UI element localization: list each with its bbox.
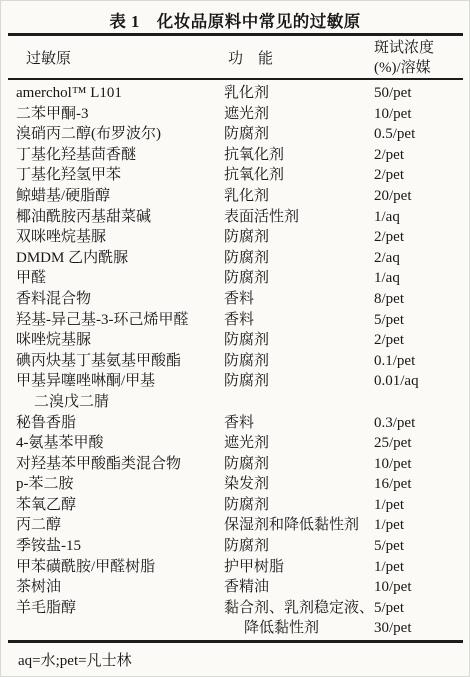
concentration-text: 10/pet [374,577,469,598]
table-row: 椰油酰胺丙基甜菜碱 表面活性剂 1/aq [1,207,469,228]
function-text: 香精油 [224,577,374,598]
cell-allergen: 茶树油 [16,577,224,598]
cell-function: 抗氧化剂 [224,165,374,186]
table-header: 过敏原 功 能 斑试浓度 (%)/溶媒 [1,37,469,78]
table-row: DMDM 乙内酰脲 防腐剂 2/aq [1,248,469,269]
cell-allergen: 双咪唑烷基脲 [16,227,224,248]
cell-function: 保湿剂和降低黏性剂 [224,515,374,536]
table-row: 羊毛脂醇 黏合剂、乳剂稳定液、 降低黏性剂 5/pet 30/pet [1,598,469,639]
function-text: 抗氧化剂 [224,145,374,166]
cell-allergen: 甲苯磺酰胺/甲醛树脂 [16,557,224,578]
cell-concentration: 8/pet [374,289,469,310]
concentration-text: 5/pet [374,310,469,331]
allergen-text: p-苯二胺 [16,474,224,495]
concentration-text: 1/pet [374,515,469,536]
cell-function: 防腐剂 [224,351,374,372]
cell-concentration: 2/pet [374,227,469,248]
concentration-text: 10/pet [374,104,469,125]
allergen-text: 香料混合物 [16,289,224,310]
cell-concentration: 2/pet [374,330,469,351]
cell-function: 防腐剂 [224,227,374,248]
header-concentration-line1: 斑试浓度 [374,38,469,58]
cell-function: 黏合剂、乳剂稳定液、 降低黏性剂 [224,598,374,639]
cell-allergen: 咪唑烷基脲 [16,330,224,351]
cell-concentration: 2/aq [374,248,469,269]
function-text: 保湿剂和降低黏性剂 [224,515,374,536]
cell-function: 乳化剂 [224,186,374,207]
concentration-text: 50/pet [374,83,469,104]
cell-concentration: 0.1/pet [374,351,469,372]
function-text: 防腐剂 [224,371,374,392]
cell-concentration: 2/pet [374,145,469,166]
allergen-text: 双咪唑烷基脲 [16,227,224,248]
concentration-text: 1/pet [374,557,469,578]
function-text: 遮光剂 [224,433,374,454]
function-text: 表面活性剂 [224,207,374,228]
cell-function: 香料 [224,413,374,434]
table-row: 秘鲁香脂 香料 0.3/pet [1,413,469,434]
table-row: 咪唑烷基脲 防腐剂 2/pet [1,330,469,351]
allergen-text: 溴硝丙二醇(布罗波尔) [16,124,224,145]
cell-concentration: 1/pet [374,557,469,578]
cell-function: 遮光剂 [224,104,374,125]
concentration-text: 5/pet [374,536,469,557]
allergen-text: 鲸蜡基/硬脂醇 [16,186,224,207]
cell-concentration: 1/aq [374,268,469,289]
table-row: 丙二醇 保湿剂和降低黏性剂 1/pet [1,515,469,536]
cell-allergen: p-苯二胺 [16,474,224,495]
header-col-allergen: 过敏原 [16,37,224,78]
cell-allergen: 甲基异噻唑啉酮/甲基 二溴戊二腈 [16,371,224,412]
header-col-concentration: 斑试浓度 (%)/溶媒 [374,37,469,78]
function-text: 香料 [224,413,374,434]
allergen-text: 季铵盐-15 [16,536,224,557]
concentration-text: 0.01/aq [374,371,469,392]
cell-allergen: 鲸蜡基/硬脂醇 [16,186,224,207]
cell-allergen: 秘鲁香脂 [16,413,224,434]
top-rule [8,33,463,36]
table-row: 丁基化羟基茴香醚 抗氧化剂 2/pet [1,145,469,166]
cell-allergen: 香料混合物 [16,289,224,310]
cell-concentration: 50/pet [374,83,469,104]
cell-concentration: 0.5/pet [374,124,469,145]
cell-function: 防腐剂 [224,454,374,475]
concentration-text: 2/aq [374,248,469,269]
concentration-text: 25/pet [374,433,469,454]
cell-concentration: 0.01/aq [374,371,469,412]
cell-allergen: 苯氧乙醇 [16,495,224,516]
cell-allergen: 甲醛 [16,268,224,289]
cell-allergen: amerchol™ L101 [16,83,224,104]
concentration-text: 2/pet [374,165,469,186]
concentration-text: 0.1/pet [374,351,469,372]
function-text: 防腐剂 [224,227,374,248]
concentration-text: 1/aq [374,207,469,228]
cell-concentration: 1/pet [374,495,469,516]
cell-allergen: 二苯甲酮-3 [16,104,224,125]
header-concentration-line2: (%)/溶媒 [374,58,469,78]
allergen-text: 羟基-异己基-3-环己烯甲醛 [16,310,224,331]
allergen-text: 椰油酰胺丙基甜菜碱 [16,207,224,228]
concentration-text: 0.5/pet [374,124,469,145]
allergen-text: DMDM 乙内酰脲 [16,248,224,269]
cell-allergen: 羟基-异己基-3-环己烯甲醛 [16,310,224,331]
cell-function: 乳化剂 [224,83,374,104]
cell-function: 防腐剂 [224,371,374,412]
concentration-text: 1/pet [374,495,469,516]
cell-concentration: 1/aq [374,207,469,228]
table-row: 对羟基苯甲酸酯类混合物 防腐剂 10/pet [1,454,469,475]
cell-concentration: 25/pet [374,433,469,454]
cell-concentration: 2/pet [374,165,469,186]
allergen-text: 羊毛脂醇 [16,598,224,619]
function-text: 乳化剂 [224,83,374,104]
cell-concentration: 5/pet [374,536,469,557]
table-row: 二苯甲酮-3 遮光剂 10/pet [1,104,469,125]
allergen-text: 丁基化羟氢甲苯 [16,165,224,186]
function-text: 防腐剂 [224,351,374,372]
cell-allergen: DMDM 乙内酰脲 [16,248,224,269]
cell-concentration: 10/pet [374,454,469,475]
header-separator-rule [8,78,463,80]
allergen-text: amerchol™ L101 [16,83,224,104]
concentration-text: 2/pet [374,227,469,248]
table-row: 鲸蜡基/硬脂醇 乳化剂 20/pet [1,186,469,207]
allergen-text: 对羟基苯甲酸酯类混合物 [16,454,224,475]
cell-function: 遮光剂 [224,433,374,454]
table-row: 甲基异噻唑啉酮/甲基 二溴戊二腈 防腐剂 0.01/aq [1,371,469,412]
table-row: 甲醛 防腐剂 1/aq [1,268,469,289]
function-text: 防腐剂 [224,454,374,475]
function-text: 染发剂 [224,474,374,495]
allergen-text: 苯氧乙醇 [16,495,224,516]
cell-function: 防腐剂 [224,495,374,516]
table-row: 双咪唑烷基脲 防腐剂 2/pet [1,227,469,248]
footnote: aq=水;pet=凡士林 [18,649,132,670]
function-text: 乳化剂 [224,186,374,207]
allergen-text: 丁基化羟基茴香醚 [16,145,224,166]
cell-function: 防腐剂 [224,536,374,557]
allergen-text: 甲基异噻唑啉酮/甲基 [16,371,224,392]
table-row: 丁基化羟氢甲苯 抗氧化剂 2/pet [1,165,469,186]
cell-allergen: 丁基化羟基茴香醚 [16,145,224,166]
allergen-text: 碘丙炔基丁基氨基甲酸酯 [16,351,224,372]
cell-allergen: 羊毛脂醇 [16,598,224,639]
allergen-text-continuation: 二溴戊二腈 [16,392,224,413]
cell-concentration: 0.3/pet [374,413,469,434]
table-row: 甲苯磺酰胺/甲醛树脂 护甲树脂 1/pet [1,557,469,578]
allergen-text: 丙二醇 [16,515,224,536]
cell-function: 表面活性剂 [224,207,374,228]
cell-function: 防腐剂 [224,248,374,269]
cell-concentration: 5/pet [374,310,469,331]
cell-concentration: 5/pet 30/pet [374,598,469,639]
table-row: 苯氧乙醇 防腐剂 1/pet [1,495,469,516]
allergen-text: 4-氨基苯甲酸 [16,433,224,454]
function-text: 黏合剂、乳剂稳定液、 [224,598,374,619]
concentration-text: 5/pet [374,598,469,619]
table-body: amerchol™ L101 乳化剂 50/pet 二苯甲酮-3 遮光剂 10/… [1,83,469,639]
allergen-text: 秘鲁香脂 [16,413,224,434]
allergen-text: 二苯甲酮-3 [16,104,224,125]
allergen-text: 茶树油 [16,577,224,598]
cell-function: 香料 [224,289,374,310]
concentration-text: 8/pet [374,289,469,310]
table-row: 季铵盐-15 防腐剂 5/pet [1,536,469,557]
table-row: 茶树油 香精油 10/pet [1,577,469,598]
cell-function: 香料 [224,310,374,331]
bottom-rule [8,640,463,643]
allergen-text: 甲苯磺酰胺/甲醛树脂 [16,557,224,578]
cell-concentration: 20/pet [374,186,469,207]
table-row: amerchol™ L101 乳化剂 50/pet [1,83,469,104]
function-text: 防腐剂 [224,268,374,289]
cell-function: 抗氧化剂 [224,145,374,166]
cell-function: 护甲树脂 [224,557,374,578]
allergen-text: 甲醛 [16,268,224,289]
cell-function: 防腐剂 [224,124,374,145]
cell-concentration: 10/pet [374,577,469,598]
table-row: 香料混合物 香料 8/pet [1,289,469,310]
concentration-text: 10/pet [374,454,469,475]
cell-concentration: 1/pet [374,515,469,536]
function-text: 防腐剂 [224,124,374,145]
cell-allergen: 4-氨基苯甲酸 [16,433,224,454]
cell-function: 防腐剂 [224,268,374,289]
table-row: 羟基-异己基-3-环己烯甲醛 香料 5/pet [1,310,469,331]
table-row: p-苯二胺 染发剂 16/pet [1,474,469,495]
header-col-function: 功 能 [224,37,374,78]
function-text: 香料 [224,289,374,310]
table-row: 碘丙炔基丁基氨基甲酸酯 防腐剂 0.1/pet [1,351,469,372]
function-text: 护甲树脂 [224,557,374,578]
concentration-text: 20/pet [374,186,469,207]
function-text: 防腐剂 [224,495,374,516]
function-text: 香料 [224,310,374,331]
function-text: 防腐剂 [224,330,374,351]
function-text: 遮光剂 [224,104,374,125]
cell-function: 香精油 [224,577,374,598]
function-text: 防腐剂 [224,248,374,269]
concentration-text-continuation: 30/pet [374,618,469,639]
concentration-text: 16/pet [374,474,469,495]
concentration-text: 2/pet [374,145,469,166]
cell-concentration: 10/pet [374,104,469,125]
function-text: 防腐剂 [224,536,374,557]
cell-allergen: 丙二醇 [16,515,224,536]
scanned-table-page: 表 1 化妆品原料中常见的过敏原 过敏原 功 能 斑试浓度 (%)/溶媒 ame… [0,0,470,677]
function-text-continuation: 降低黏性剂 [224,618,374,639]
table-row: 溴硝丙二醇(布罗波尔) 防腐剂 0.5/pet [1,124,469,145]
cell-allergen: 碘丙炔基丁基氨基甲酸酯 [16,351,224,372]
concentration-text: 2/pet [374,330,469,351]
cell-allergen: 季铵盐-15 [16,536,224,557]
cell-allergen: 椰油酰胺丙基甜菜碱 [16,207,224,228]
table-title: 表 1 化妆品原料中常见的过敏原 [1,8,469,32]
concentration-text: 1/aq [374,268,469,289]
table-row: 4-氨基苯甲酸 遮光剂 25/pet [1,433,469,454]
function-text: 抗氧化剂 [224,165,374,186]
cell-allergen: 丁基化羟氢甲苯 [16,165,224,186]
cell-allergen: 对羟基苯甲酸酯类混合物 [16,454,224,475]
cell-function: 防腐剂 [224,330,374,351]
cell-concentration: 16/pet [374,474,469,495]
concentration-text: 0.3/pet [374,413,469,434]
cell-function: 染发剂 [224,474,374,495]
allergen-text: 咪唑烷基脲 [16,330,224,351]
cell-allergen: 溴硝丙二醇(布罗波尔) [16,124,224,145]
